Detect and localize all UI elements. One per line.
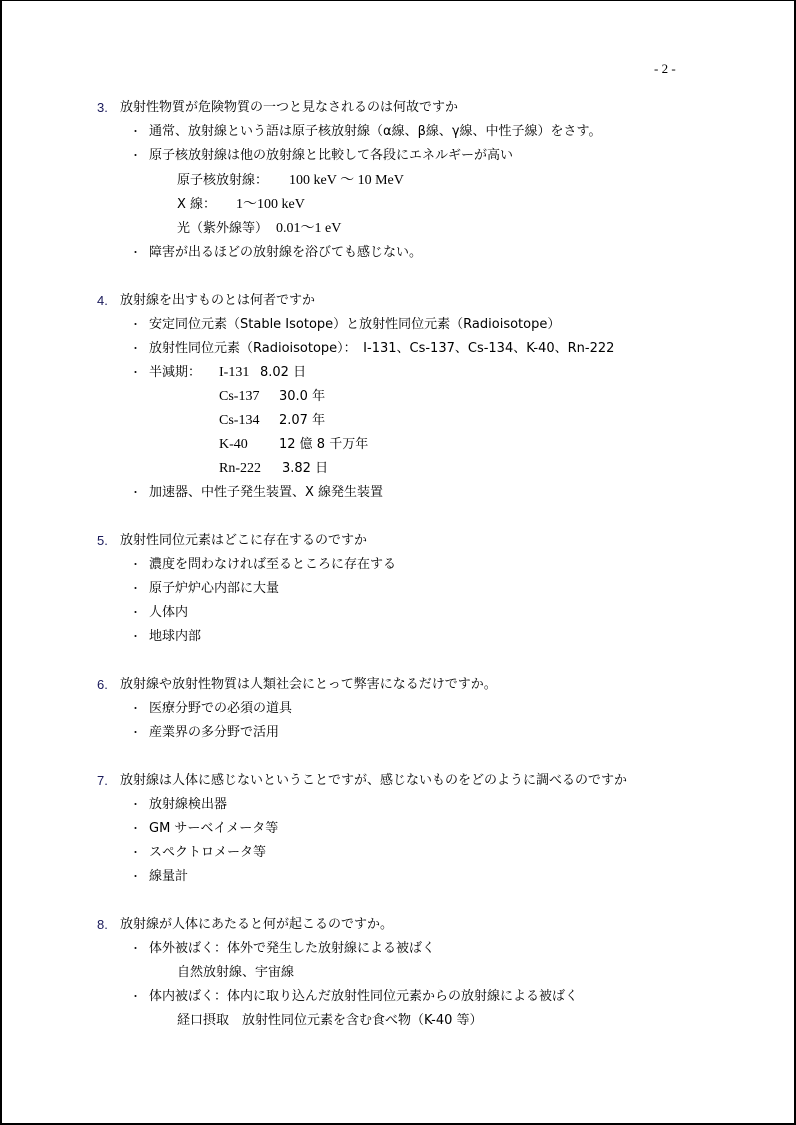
list-item-text: 体外被ばく：体外で発生した放射線による被ばく (149, 941, 435, 957)
isotope-name: I-131 (219, 365, 249, 381)
energy-value: 1～100 keV (236, 197, 305, 213)
bullet-icon: ・ (130, 605, 141, 621)
energy-label: 原子核放射線： (177, 173, 268, 189)
sub-item-text: 自然放射線、宇宙線 (177, 965, 294, 981)
half-life-label: 半減期： (149, 365, 201, 381)
isotope-name: Cs-137 (219, 389, 259, 405)
list-item-text: 線量計 (149, 869, 188, 885)
list-item-text: 原子炉炉心内部に大量 (149, 581, 279, 597)
bullet-icon: ・ (130, 341, 141, 357)
half-life-value: 12 億 8 千万年 (279, 437, 368, 453)
half-life-value: 2.07 年 (279, 413, 325, 429)
bullet-icon: ・ (130, 869, 141, 885)
sub-item-text: 経口摂取 放射性同位元素を含む食べ物（K-40 等） (177, 1013, 483, 1029)
section-title: 放射性同位元素はどこに存在するのですか (120, 533, 367, 549)
list-item-text: 医療分野での必須の道具 (149, 701, 292, 717)
section-title: 放射線は人体に感じないということですが、感じないものをどのように調べるのですか (120, 773, 627, 789)
bullet-icon: ・ (130, 701, 141, 717)
energy-label: X 線： (177, 197, 216, 213)
bullet-icon: ・ (130, 941, 141, 957)
bullet-icon: ・ (130, 725, 141, 741)
bullet-icon: ・ (130, 485, 141, 501)
list-item-text: 人体内 (149, 605, 188, 621)
list-item-text: 安定同位元素（Stable Isotope）と放射性同位元素（Radioisot… (149, 317, 560, 333)
bullet-icon: ・ (130, 821, 141, 837)
section-title: 放射線が人体にあたると何が起こるのですか。 (120, 917, 393, 933)
list-item-text: 産業界の多分野で活用 (149, 725, 279, 741)
list-item-text: 原子核放射線は他の放射線と比較して各段にエネルギーが高い (149, 148, 513, 164)
bullet-icon: ・ (130, 365, 141, 381)
list-item-text: GM サーベイメータ等 (149, 821, 278, 837)
page-number: - 2 - (654, 61, 676, 77)
bullet-icon: ・ (130, 557, 141, 573)
list-item-text: 通常、放射線という語は原子核放射線（α線、β線、γ線、中性子線）をさす。 (149, 124, 602, 140)
bullet-icon: ・ (130, 581, 141, 597)
list-item-text: 濃度を問わなければ至るところに存在する (149, 557, 396, 573)
energy-value: 100 keV ～ 10 MeV (289, 173, 404, 189)
list-item-text: 地球内部 (149, 629, 201, 645)
list-item-text: 放射線検出器 (149, 797, 227, 813)
half-life-value: 8.02 日 (260, 365, 306, 381)
isotope-name: Cs-134 (219, 413, 259, 429)
bullet-icon: ・ (130, 629, 141, 645)
section-number: 6. (97, 677, 108, 693)
list-item-text: スペクトロメータ等 (149, 845, 266, 861)
bullet-icon: ・ (130, 797, 141, 813)
section-number: 8. (97, 917, 108, 933)
half-life-value: 3.82 日 (282, 461, 328, 477)
list-item-text: 加速器、中性子発生装置、X 線発生装置 (149, 485, 383, 501)
section-title: 放射線や放射性物質は人類社会にとって弊害になるだけですか。 (120, 677, 497, 693)
document-page: - 2 - 3. 放射性物質が危険物質の一つと見なされるのは何故ですか ・ 通常… (0, 0, 796, 1125)
list-item-text: 体内被ばく：体内に取り込んだ放射性同位元素からの放射線による被ばく (149, 989, 578, 1005)
section-number: 7. (97, 773, 108, 789)
section-title: 放射線を出すものとは何者ですか (120, 293, 315, 309)
section-number: 5. (97, 533, 108, 549)
bullet-icon: ・ (130, 245, 141, 261)
isotope-name: Rn-222 (219, 461, 261, 477)
bullet-icon: ・ (130, 845, 141, 861)
isotope-name: K-40 (219, 437, 248, 453)
bullet-icon: ・ (130, 317, 141, 333)
section-number: 3. (97, 100, 108, 116)
bullet-icon: ・ (130, 148, 141, 164)
section-title: 放射性物質が危険物質の一つと見なされるのは何故ですか (120, 100, 458, 116)
energy-label: 光（紫外線等） (177, 221, 268, 237)
energy-value: 0.01～1 eV (276, 221, 341, 237)
bullet-icon: ・ (130, 989, 141, 1005)
bullet-icon: ・ (130, 124, 141, 140)
list-item-text: 放射性同位元素（Radioisotope）： I-131、Cs-137、Cs-1… (149, 341, 614, 357)
half-life-value: 30.0 年 (279, 389, 325, 405)
section-number: 4. (97, 293, 108, 309)
list-item-text: 障害が出るほどの放射線を浴びても感じない。 (149, 245, 422, 261)
